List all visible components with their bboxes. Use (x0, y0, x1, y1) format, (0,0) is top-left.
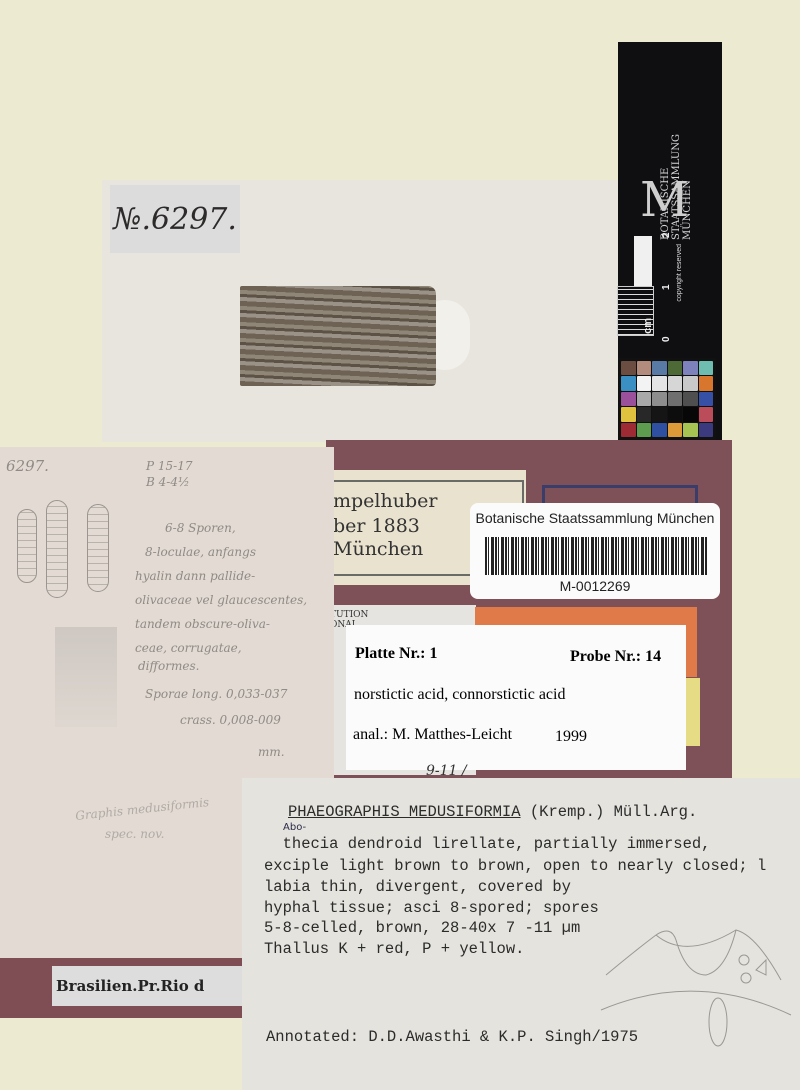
color-swatch (668, 376, 683, 390)
spore-drawing (87, 504, 109, 592)
hand-line: 6-8 Sporen, (165, 521, 236, 535)
analysis-year: 1999 (555, 728, 587, 746)
hand-header: P 15-17 (146, 459, 192, 473)
color-swatch (652, 376, 667, 390)
unit-label: cm (642, 318, 654, 334)
color-swatch (637, 423, 652, 437)
color-swatch (621, 361, 636, 375)
color-swatch (683, 376, 698, 390)
lichen-specimen-on-bark (240, 286, 436, 386)
handwritten-note: 9-11 / (426, 763, 467, 779)
leaf-logo-icon: M (640, 172, 689, 228)
color-swatch (699, 392, 714, 406)
color-swatch (621, 392, 636, 406)
hand-line: ceae, corrugatae, (135, 641, 242, 655)
color-swatch (637, 392, 652, 406)
color-swatch (652, 423, 667, 437)
color-swatch (668, 407, 683, 421)
species-author: (Kremp.) Müll.Arg. (530, 803, 697, 821)
hand-line: hyalin dann pallide- (135, 569, 255, 583)
yellow-tab (684, 678, 700, 746)
hand-header: B 4-4½ (146, 475, 190, 489)
substances: norstictic acid, connorstictic acid (354, 686, 565, 704)
copyright-text: copyright reserved (676, 244, 683, 302)
sample-number: Probe Nr.: 14 (570, 648, 661, 666)
barcode-institution: Botanische Staatssammlung München (470, 510, 720, 526)
color-swatch (637, 407, 652, 421)
color-swatch (637, 376, 652, 390)
color-swatch (683, 423, 698, 437)
lirella-drawing (55, 627, 117, 727)
color-swatch (668, 392, 683, 406)
species-name: PHAEOGRAPHIS MEDUSIFORMIA (288, 803, 521, 821)
species-name-line: PHAEOGRAPHIS MEDUSIFORMIA (Kremp.) Müll.… (288, 803, 697, 821)
institution-label-line: TUTION (330, 610, 368, 620)
color-swatch (621, 376, 636, 390)
hand-line: mm. (258, 745, 285, 759)
color-swatch (668, 423, 683, 437)
color-swatch (668, 361, 683, 375)
color-swatch (621, 407, 636, 421)
ruler-labels: 0 1 2 (661, 232, 672, 342)
spore-drawing (17, 509, 37, 583)
ruler-tick-0: 0 (661, 336, 672, 342)
hand-number: 6297. (6, 457, 49, 475)
hand-line: difformes. (138, 659, 199, 673)
handwritten-correction: Abo- (283, 822, 306, 833)
description-line: labia thin, divergent, covered by (264, 878, 571, 896)
color-swatch (683, 392, 698, 406)
color-swatch (699, 361, 714, 375)
apothecium-sketch-icon (596, 900, 796, 1050)
description-line: exciple light brown to brown, open to ne… (264, 857, 766, 875)
spore-drawing (46, 500, 68, 598)
catalog-number: M-0012269 (470, 578, 720, 594)
hand-line: 8-loculae, anfangs (145, 545, 256, 559)
locality-label: Brasilien.Pr.Rio d (52, 966, 252, 1006)
hand-line: tandem obscure-oliva- (135, 617, 270, 631)
description-line: thecia dendroid lirellate, partially imm… (264, 835, 710, 853)
color-swatch (699, 407, 714, 421)
description-line: Thallus K + red, P + yellow. (264, 940, 524, 958)
collector-line: ber 1883 (333, 515, 420, 537)
color-swatch (652, 392, 667, 406)
color-swatch (652, 361, 667, 375)
hand-line: olivaceae vel glaucescentes, (135, 593, 307, 607)
hand-line: Sporae long. 0,033-037 (145, 687, 287, 701)
ruler-tick-1: 1 (661, 284, 672, 290)
color-swatch (637, 361, 652, 375)
annotation-line: Annotated: D.D.Awasthi & K.P. Singh/1975 (266, 1028, 638, 1046)
color-swatch (621, 423, 636, 437)
collector-line: mpelhuber (333, 490, 437, 512)
barcode-icon (485, 537, 707, 575)
description-line: 5-8-celled, brown, 28-40x 7 -11 µm (264, 919, 580, 937)
specimen-number-label: №.6297. (110, 185, 240, 253)
species-note: Graphis medusiformis (75, 795, 210, 823)
color-swatch (699, 423, 714, 437)
color-swatch (683, 361, 698, 375)
ruler-white-segment (634, 236, 652, 286)
collector-line: München (333, 538, 423, 560)
analyst: anal.: M. Matthes-Leicht (353, 726, 512, 744)
hand-line: crass. 0,008-009 (180, 713, 281, 727)
description-line: hyphal tissue; asci 8-spored; spores (264, 899, 599, 917)
species-note: spec. nov. (105, 827, 164, 841)
ruler-tick-2: 2 (661, 232, 672, 238)
color-swatch (683, 407, 698, 421)
color-swatch (652, 407, 667, 421)
color-calibration-chart (618, 358, 716, 440)
plate-number: Platte Nr.: 1 (355, 645, 438, 663)
color-swatch (699, 376, 714, 390)
